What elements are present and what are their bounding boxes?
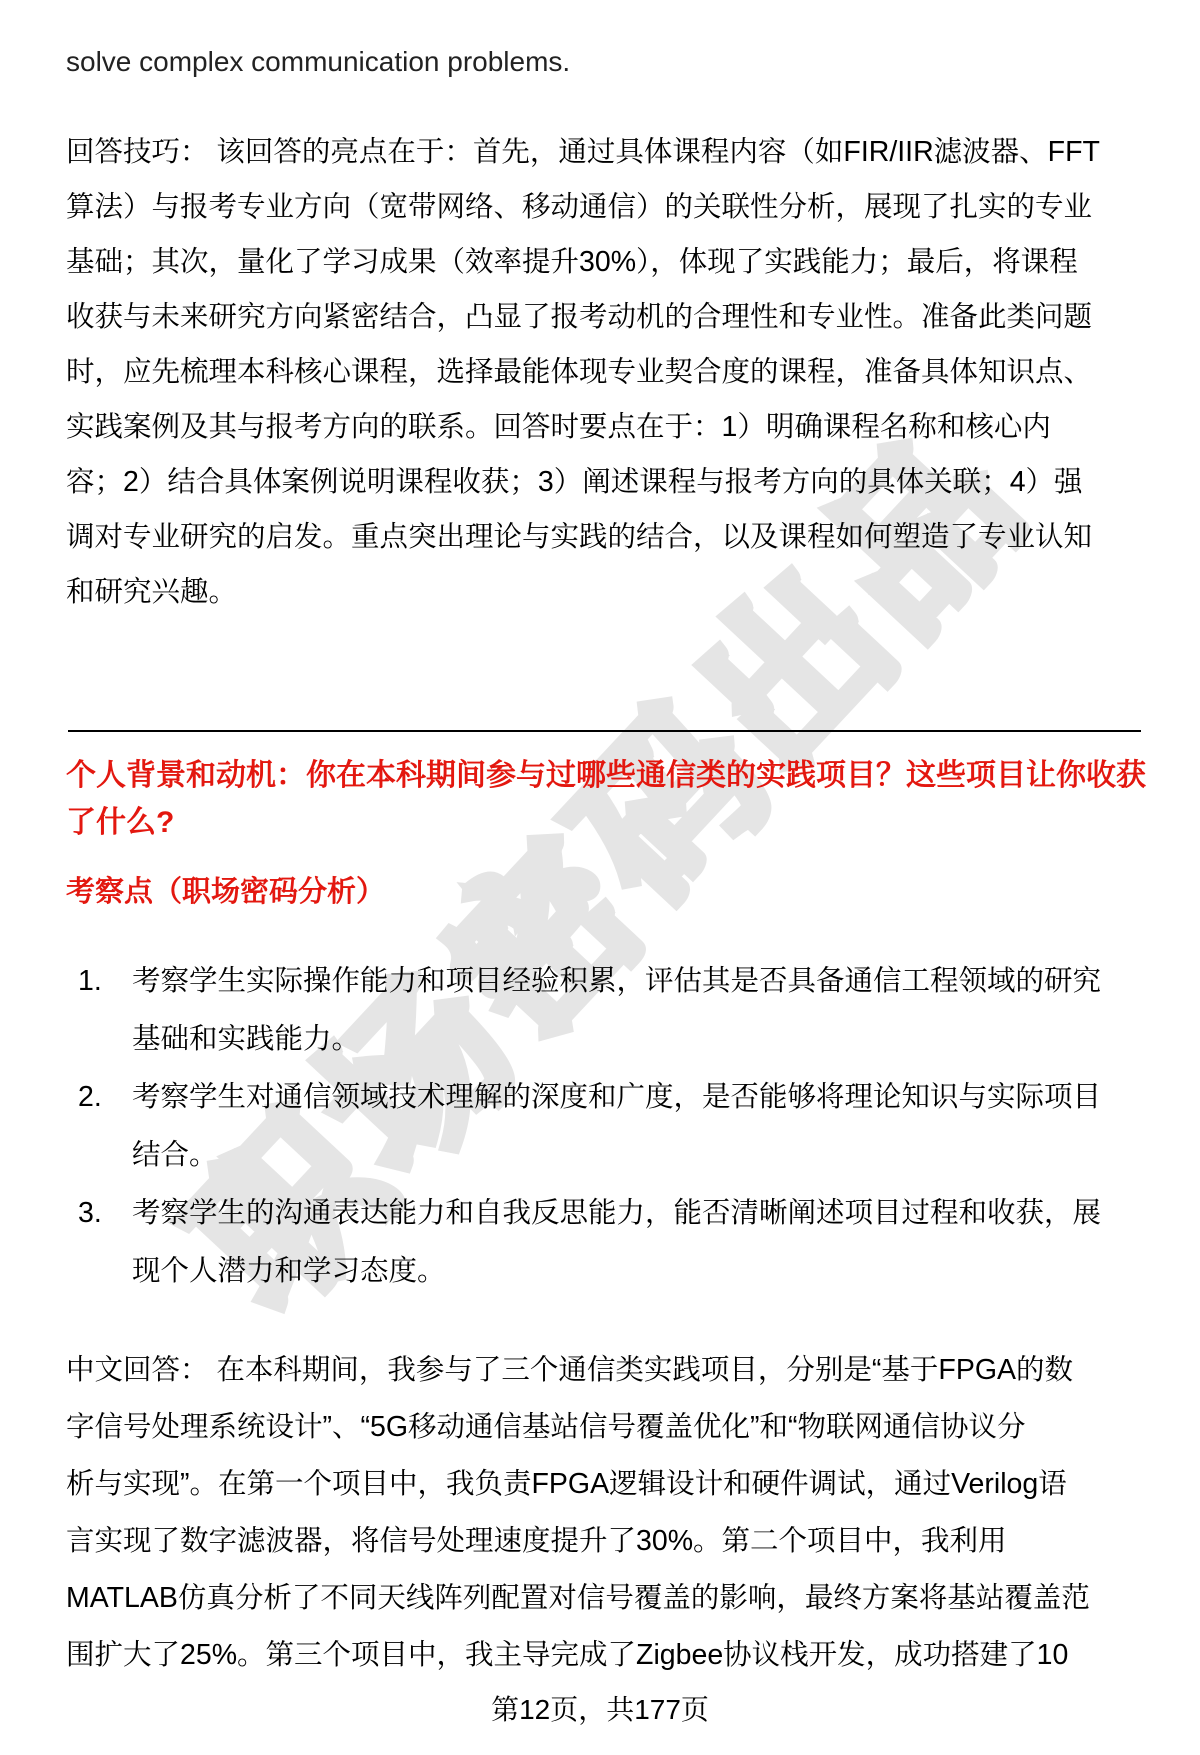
chinese-answer-paragraph: 中文回答： 在本科期间，我参与了三个通信类实践项目，分别是“基于FPGA的数 字… xyxy=(66,1342,1134,1684)
item-number: 3. xyxy=(78,1184,132,1300)
analysis-heading: 考察点（职场密码分析） xyxy=(66,872,1134,912)
text-line: 析与实现”。在第一个项目中，我负责FPGA逻辑设计和硬件调试，通过Verilog… xyxy=(66,1456,1134,1513)
english-sentence: solve complex communication problems. xyxy=(66,42,1134,82)
text-line: 实践案例及其与报考方向的联系。回答时要点在于：1）明确课程名称和核心内 xyxy=(66,400,1134,455)
item-text: 考察学生的沟通表达能力和自我反思能力，能否清晰阐述项目过程和收获，展 现个人潜力… xyxy=(132,1184,1138,1300)
item-text: 考察学生对通信领域技术理解的深度和广度，是否能够将理论知识与实际项目 结合。 xyxy=(132,1068,1138,1184)
text-line: 收获与未来研究方向紧密结合，凸显了报考动机的合理性和专业性。准备此类问题 xyxy=(66,290,1134,345)
section-divider xyxy=(68,730,1141,732)
text-line: 回答技巧： 该回答的亮点在于：首先，通过具体课程内容（如FIR/IIR滤波器、F… xyxy=(66,125,1134,180)
text-line: 考察学生对通信领域技术理解的深度和广度，是否能够将理论知识与实际项目 xyxy=(132,1068,1138,1126)
text-line: 中文回答： 在本科期间，我参与了三个通信类实践项目，分别是“基于FPGA的数 xyxy=(66,1342,1134,1399)
answer-tips-paragraph: 回答技巧： 该回答的亮点在于：首先，通过具体课程内容（如FIR/IIR滤波器、F… xyxy=(66,125,1134,620)
text-line: 现个人潜力和学习态度。 xyxy=(132,1242,1138,1300)
text-line: MATLAB仿真分析了不同天线阵列配置对信号覆盖的影响，最终方案将基站覆盖范 xyxy=(66,1570,1134,1627)
exam-points-list: 1. 考察学生实际操作能力和项目经验积累，评估其是否具备通信工程领域的研究 基础… xyxy=(78,952,1138,1300)
text-line: 考察学生实际操作能力和项目经验积累，评估其是否具备通信工程领域的研究 xyxy=(132,952,1138,1010)
text-line: 基础和实践能力。 xyxy=(132,1010,1138,1068)
text-line: 算法）与报考专业方向（宽带网络、移动通信）的关联性分析，展现了扎实的专业 xyxy=(66,180,1134,235)
text-line: 个人背景和动机：你在本科期间参与过哪些通信类的实践项目？这些项目让你收获 xyxy=(66,752,1134,799)
text-line: 调对专业研究的启发。重点突出理论与实践的结合，以及课程如何塑造了专业认知 xyxy=(66,510,1134,565)
text-line: 围扩大了25%。第三个项目中，我主导完成了Zigbee协议栈开发，成功搭建了10 xyxy=(66,1627,1134,1684)
text-line: 容；2）结合具体案例说明课程收获；3）阐述课程与报考方向的具体关联；4）强 xyxy=(66,455,1134,510)
text-line: 言实现了数字滤波器，将信号处理速度提升了30%。第二个项目中，我利用 xyxy=(66,1513,1134,1570)
item-text: 考察学生实际操作能力和项目经验积累，评估其是否具备通信工程领域的研究 基础和实践… xyxy=(132,952,1138,1068)
text-line: 了什么? xyxy=(66,799,1134,846)
list-item: 2. 考察学生对通信领域技术理解的深度和广度，是否能够将理论知识与实际项目 结合… xyxy=(78,1068,1138,1184)
text-line: 结合。 xyxy=(132,1126,1138,1184)
text-line: 基础；其次，量化了学习成果（效率提升30%），体现了实践能力；最后，将课程 xyxy=(66,235,1134,290)
question-heading: 个人背景和动机：你在本科期间参与过哪些通信类的实践项目？这些项目让你收获 了什么… xyxy=(66,752,1134,846)
list-item: 1. 考察学生实际操作能力和项目经验积累，评估其是否具备通信工程领域的研究 基础… xyxy=(78,952,1138,1068)
page-footer: 第12页，共177页 xyxy=(0,1688,1200,1728)
text-line: 考察学生的沟通表达能力和自我反思能力，能否清晰阐述项目过程和收获，展 xyxy=(132,1184,1138,1242)
document-page: solve complex communication problems. 回答… xyxy=(0,0,1200,1755)
text-line: 字信号处理系统设计”、“5G移动通信基站信号覆盖优化”和“物联网通信协议分 xyxy=(66,1399,1134,1456)
item-number: 1. xyxy=(78,952,132,1068)
item-number: 2. xyxy=(78,1068,132,1184)
text-line: 和研究兴趣。 xyxy=(66,565,1134,620)
list-item: 3. 考察学生的沟通表达能力和自我反思能力，能否清晰阐述项目过程和收获，展 现个… xyxy=(78,1184,1138,1300)
text-line: 时，应先梳理本科核心课程，选择最能体现专业契合度的课程，准备具体知识点、 xyxy=(66,345,1134,400)
